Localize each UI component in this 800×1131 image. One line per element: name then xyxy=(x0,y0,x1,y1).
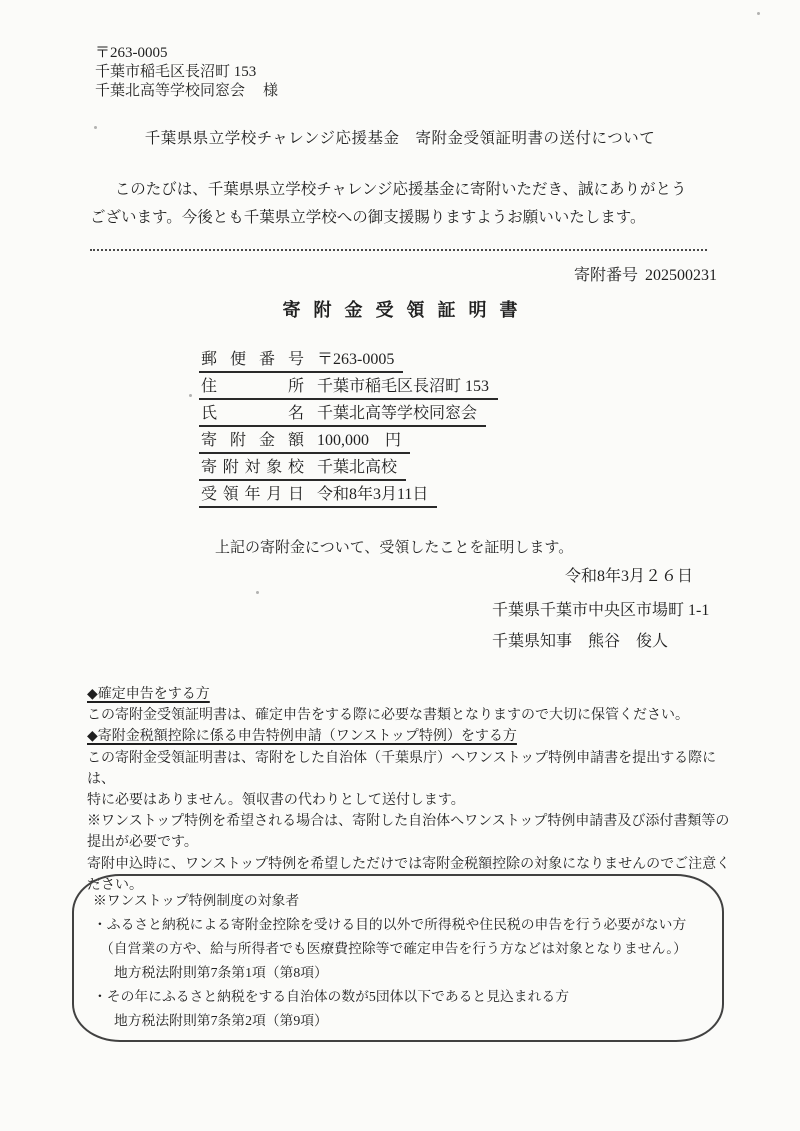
note-line: 提出が必要です。 xyxy=(87,832,735,853)
letter-body-line-2: ございます。今後とも千葉県立学校への御支援賜りますようお願いいたします。 xyxy=(90,204,722,232)
certificate-title: 寄附金受領証明書 xyxy=(0,296,800,322)
field-row-amount: 寄附金額100,000 円 xyxy=(199,432,410,454)
recipient-address-block: 〒263-0005 千葉市稲毛区長沼町 153 千葉北高等学校同窓会様 xyxy=(95,44,278,101)
info-box-title: ※ワンストップ特例制度の対象者 xyxy=(93,889,704,913)
info-box-line: ・ふるさと納税による寄附金控除を受ける目的以外で所得税や住民税の申告を行う必要が… xyxy=(93,913,704,937)
donation-number-value: 202500231 xyxy=(645,267,717,284)
scan-speck xyxy=(189,394,192,397)
field-value: 千葉市稲毛区長沼町 153 xyxy=(317,378,489,395)
letter-body: このたびは、千葉県県立学校チャレンジ応援基金に寄附いただき、誠にありがとう ござ… xyxy=(90,176,722,232)
scan-speck xyxy=(94,126,97,129)
donation-number-line: 寄附番号202500231 xyxy=(0,262,717,285)
field-value: 千葉北高等学校同窓会 xyxy=(317,405,477,422)
field-row-receipt-date: 受領年月日令和8年3月11日 xyxy=(199,486,437,508)
field-value: 令和8年3月11日 xyxy=(317,486,428,503)
field-value: 100,000 円 xyxy=(317,432,401,449)
info-box-line: （自営業の方や、給与所得者でも医療費控除等で確定申告を行う方などは対象となりませ… xyxy=(93,937,704,961)
note-line: この寄附金受領証明書は、確定申告をする際に必要な書類となりますので大切に保管くだ… xyxy=(87,705,735,726)
recipient-postal-code: 〒263-0005 xyxy=(95,44,278,63)
note-line: この寄附金受領証明書は、寄附をした自治体（千葉県庁）へワンストップ特例申請書を提… xyxy=(87,748,735,790)
field-label: 寄附金額 xyxy=(201,432,304,449)
info-box-line: 地方税法附則第7条第2項（第9項） xyxy=(93,1009,704,1033)
recipient-honorific: 様 xyxy=(263,83,278,99)
dotted-separator xyxy=(90,249,707,251)
notes-section: ◆確定申告をする方 この寄附金受領証明書は、確定申告をする際に必要な書類となりま… xyxy=(87,684,735,896)
scanned-donation-receipt-page: 〒263-0005 千葉市稲毛区長沼町 153 千葉北高等学校同窓会様 千葉県県… xyxy=(0,0,800,1131)
issuer-name: 千葉県知事 熊谷 俊人 xyxy=(492,628,668,651)
issuer-address: 千葉県千葉市中央区市場町 1-1 xyxy=(492,597,709,620)
field-label: 住所 xyxy=(201,378,304,395)
donation-number-label: 寄附番号 xyxy=(574,267,638,284)
recipient-name-line: 千葉北高等学校同窓会様 xyxy=(95,82,278,101)
field-label: 郵便番号 xyxy=(201,351,304,368)
scan-speck xyxy=(256,591,259,594)
field-label: 受領年月日 xyxy=(201,486,304,503)
one-stop-info-box: ※ワンストップ特例制度の対象者 ・ふるさと納税による寄附金控除を受ける目的以外で… xyxy=(72,874,724,1042)
letter-subject: 千葉県県立学校チャレンジ応援基金 寄附金受領証明書の送付について xyxy=(0,126,800,148)
issue-date: 令和8年3月２６日 xyxy=(565,563,693,586)
field-value: 千葉北高校 xyxy=(317,459,397,476)
field-row-name: 氏名千葉北高等学校同窓会 xyxy=(199,405,486,427)
recipient-name: 千葉北高等学校同窓会 xyxy=(95,83,245,99)
letter-body-line-1: このたびは、千葉県県立学校チャレンジ応援基金に寄附いただき、誠にありがとう xyxy=(90,176,722,204)
certificate-fields: 郵便番号〒263-0005 住所千葉市稲毛区長沼町 153 氏名千葉北高等学校同… xyxy=(199,351,498,513)
certificate-statement: 上記の寄附金について、受領したことを証明します。 xyxy=(215,536,573,557)
field-row-target-school: 寄附対象校千葉北高校 xyxy=(199,459,406,481)
note-line: ※ワンストップ特例を希望される場合は、寄附した自治体へワンストップ特例申請書及び… xyxy=(87,811,735,832)
field-value: 〒263-0005 xyxy=(317,351,394,368)
scan-speck xyxy=(757,12,760,15)
note-heading-tax-return: ◆確定申告をする方 xyxy=(87,684,735,705)
note-line: 特に必要はありません。領収書の代わりとして送付します。 xyxy=(87,790,735,811)
info-box-line: 地方税法附則第7条第1項（第8項） xyxy=(93,961,704,985)
note-line: 寄附申込時に、ワンストップ特例を希望しただけでは寄附金税額控除の対象になりません… xyxy=(87,854,735,875)
field-row-address: 住所千葉市稲毛区長沼町 153 xyxy=(199,378,498,400)
field-row-postal-code: 郵便番号〒263-0005 xyxy=(199,351,403,373)
recipient-address: 千葉市稲毛区長沼町 153 xyxy=(95,63,278,82)
field-label: 寄附対象校 xyxy=(201,459,304,476)
field-label: 氏名 xyxy=(201,405,304,422)
info-box-line: ・その年にふるさと納税をする自治体の数が5団体以下であると見込まれる方 xyxy=(93,985,704,1009)
note-heading-one-stop: ◆寄附金税額控除に係る申告特例申請（ワンストップ特例）をする方 xyxy=(87,726,735,747)
